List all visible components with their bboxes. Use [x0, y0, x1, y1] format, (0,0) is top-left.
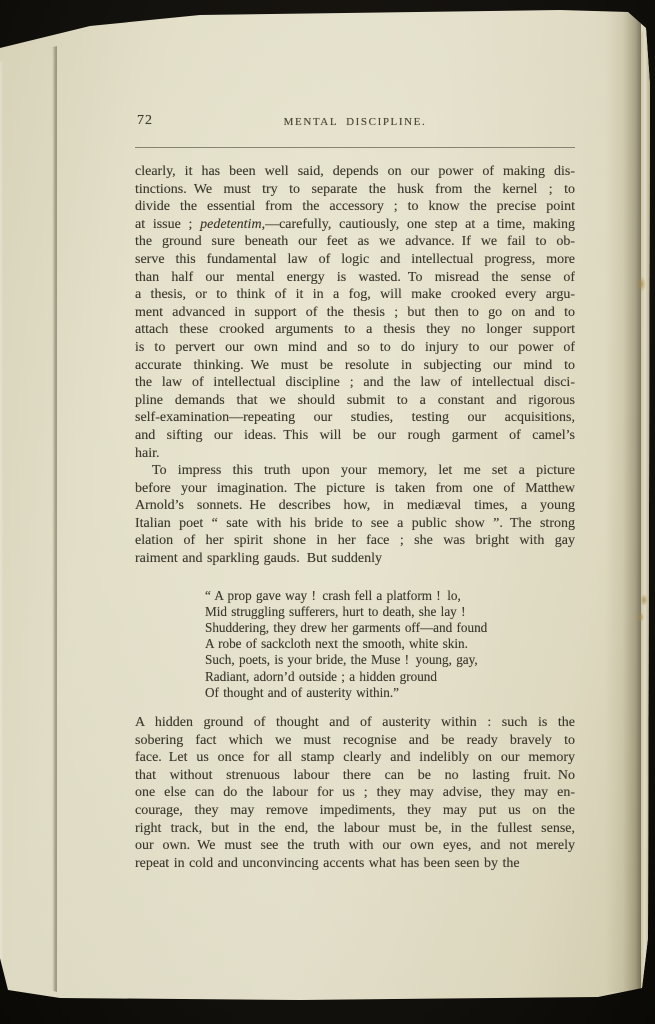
text-line: clearly, it has been well said, depends … — [135, 163, 575, 181]
text-line: our own. We must see the truth with our … — [135, 837, 575, 855]
text-line: sobering fact which we must recognise an… — [135, 732, 575, 750]
text-line: repeat in cold and unconvincing accents … — [135, 855, 575, 873]
running-title: MENTAL DISCIPLINE. — [284, 116, 427, 128]
text-line: accurate thinking. We must be resolute i… — [135, 357, 575, 375]
text-line: hair. — [135, 445, 575, 463]
stacked-page-edges — [0, 46, 57, 998]
text-line: the law of intellectual discipline ; and… — [135, 374, 575, 392]
page-number: 72 — [137, 113, 153, 129]
text-line: before your imagination. The picture is … — [135, 480, 575, 498]
text-line: tinctions. We must try to separate the h… — [135, 181, 575, 199]
text-line: the ground sure beneath our feet as we a… — [135, 233, 575, 251]
page-outer-edge — [641, 30, 650, 988]
verse-line: Such, poets, is your bride, the Muse ! y… — [205, 652, 575, 668]
verse-line: Shuddering, they drew her garments off—a… — [205, 620, 575, 636]
book-page: 72 MENTAL DISCIPLINE. clearly, it has be… — [0, 0, 650, 1003]
text-line: at issue ; pedetentim,—carefully, cautio… — [135, 216, 575, 234]
verse-line: Mid struggling sufferers, hurt to death,… — [205, 604, 575, 620]
text-line: attach these crooked arguments to a thes… — [135, 321, 575, 339]
text-line: elation of her spirit shone in her face … — [135, 532, 575, 550]
text-line: raiment and sparkling gauds. But suddenl… — [135, 550, 575, 568]
book-photo: 72 MENTAL DISCIPLINE. clearly, it has be… — [0, 0, 655, 1024]
text-line: A hidden ground of thought and of auster… — [135, 714, 575, 732]
text-line: one else can do the labour for us ; they… — [135, 784, 575, 802]
verse-line: A robe of sackcloth next the smooth, whi… — [205, 636, 575, 652]
text-line: courage, they may remove impediments, th… — [135, 802, 575, 820]
text-line: that without strenuous labour there can … — [135, 767, 575, 785]
foxing-spot — [637, 612, 644, 622]
running-head: 72 MENTAL DISCIPLINE. — [135, 112, 575, 132]
text-line: serve this fundamental law of logic and … — [135, 251, 575, 269]
text-line: ment advanced in support of the thesis ;… — [135, 304, 575, 322]
text-line: than half our mental energy is wasted. T… — [135, 269, 575, 287]
verse-line: “ A prop gave way ! crash fell a platfor… — [205, 588, 575, 604]
text-line: self-examination—repeating our studies, … — [135, 409, 575, 427]
header-rule — [135, 147, 575, 148]
text-line: a thesis, or to think of it in a fog, wi… — [135, 286, 575, 304]
text-line: and sifting our ideas. This will be our … — [135, 427, 575, 445]
foxing-spot — [640, 594, 648, 606]
paragraph-1: clearly, it has been well said, depends … — [135, 163, 575, 462]
page-crease-shadow — [605, 12, 641, 992]
body-text: clearly, it has been well said, depends … — [135, 163, 575, 872]
text-line: divide the essential from the accessory … — [135, 198, 575, 216]
text-line: face. Let us once for all stamp clearly … — [135, 749, 575, 767]
verse-line: Radiant, adorn’d outside ; a hidden grou… — [205, 669, 575, 685]
paragraph-3: A hidden ground of thought and of auster… — [135, 714, 575, 872]
foxing-spot — [636, 276, 646, 292]
text-line: right track, but in the end, the labour … — [135, 820, 575, 838]
text-line: is to pervert our own mind and so to do … — [135, 339, 575, 357]
paragraph-2: To impress this truth upon your memory, … — [135, 462, 575, 568]
verse-quote: “ A prop gave way ! crash fell a platfor… — [205, 588, 575, 701]
text-line: Italian poet “ sate with his bride to se… — [135, 515, 575, 533]
text-line: pline demands that we should submit to a… — [135, 392, 575, 410]
text-line: To impress this truth upon your memory, … — [135, 462, 575, 480]
text-line: Arnold’s sonnets. He describes how, in m… — [135, 497, 575, 515]
verse-line: Of thought and of austerity within.” — [205, 685, 575, 701]
